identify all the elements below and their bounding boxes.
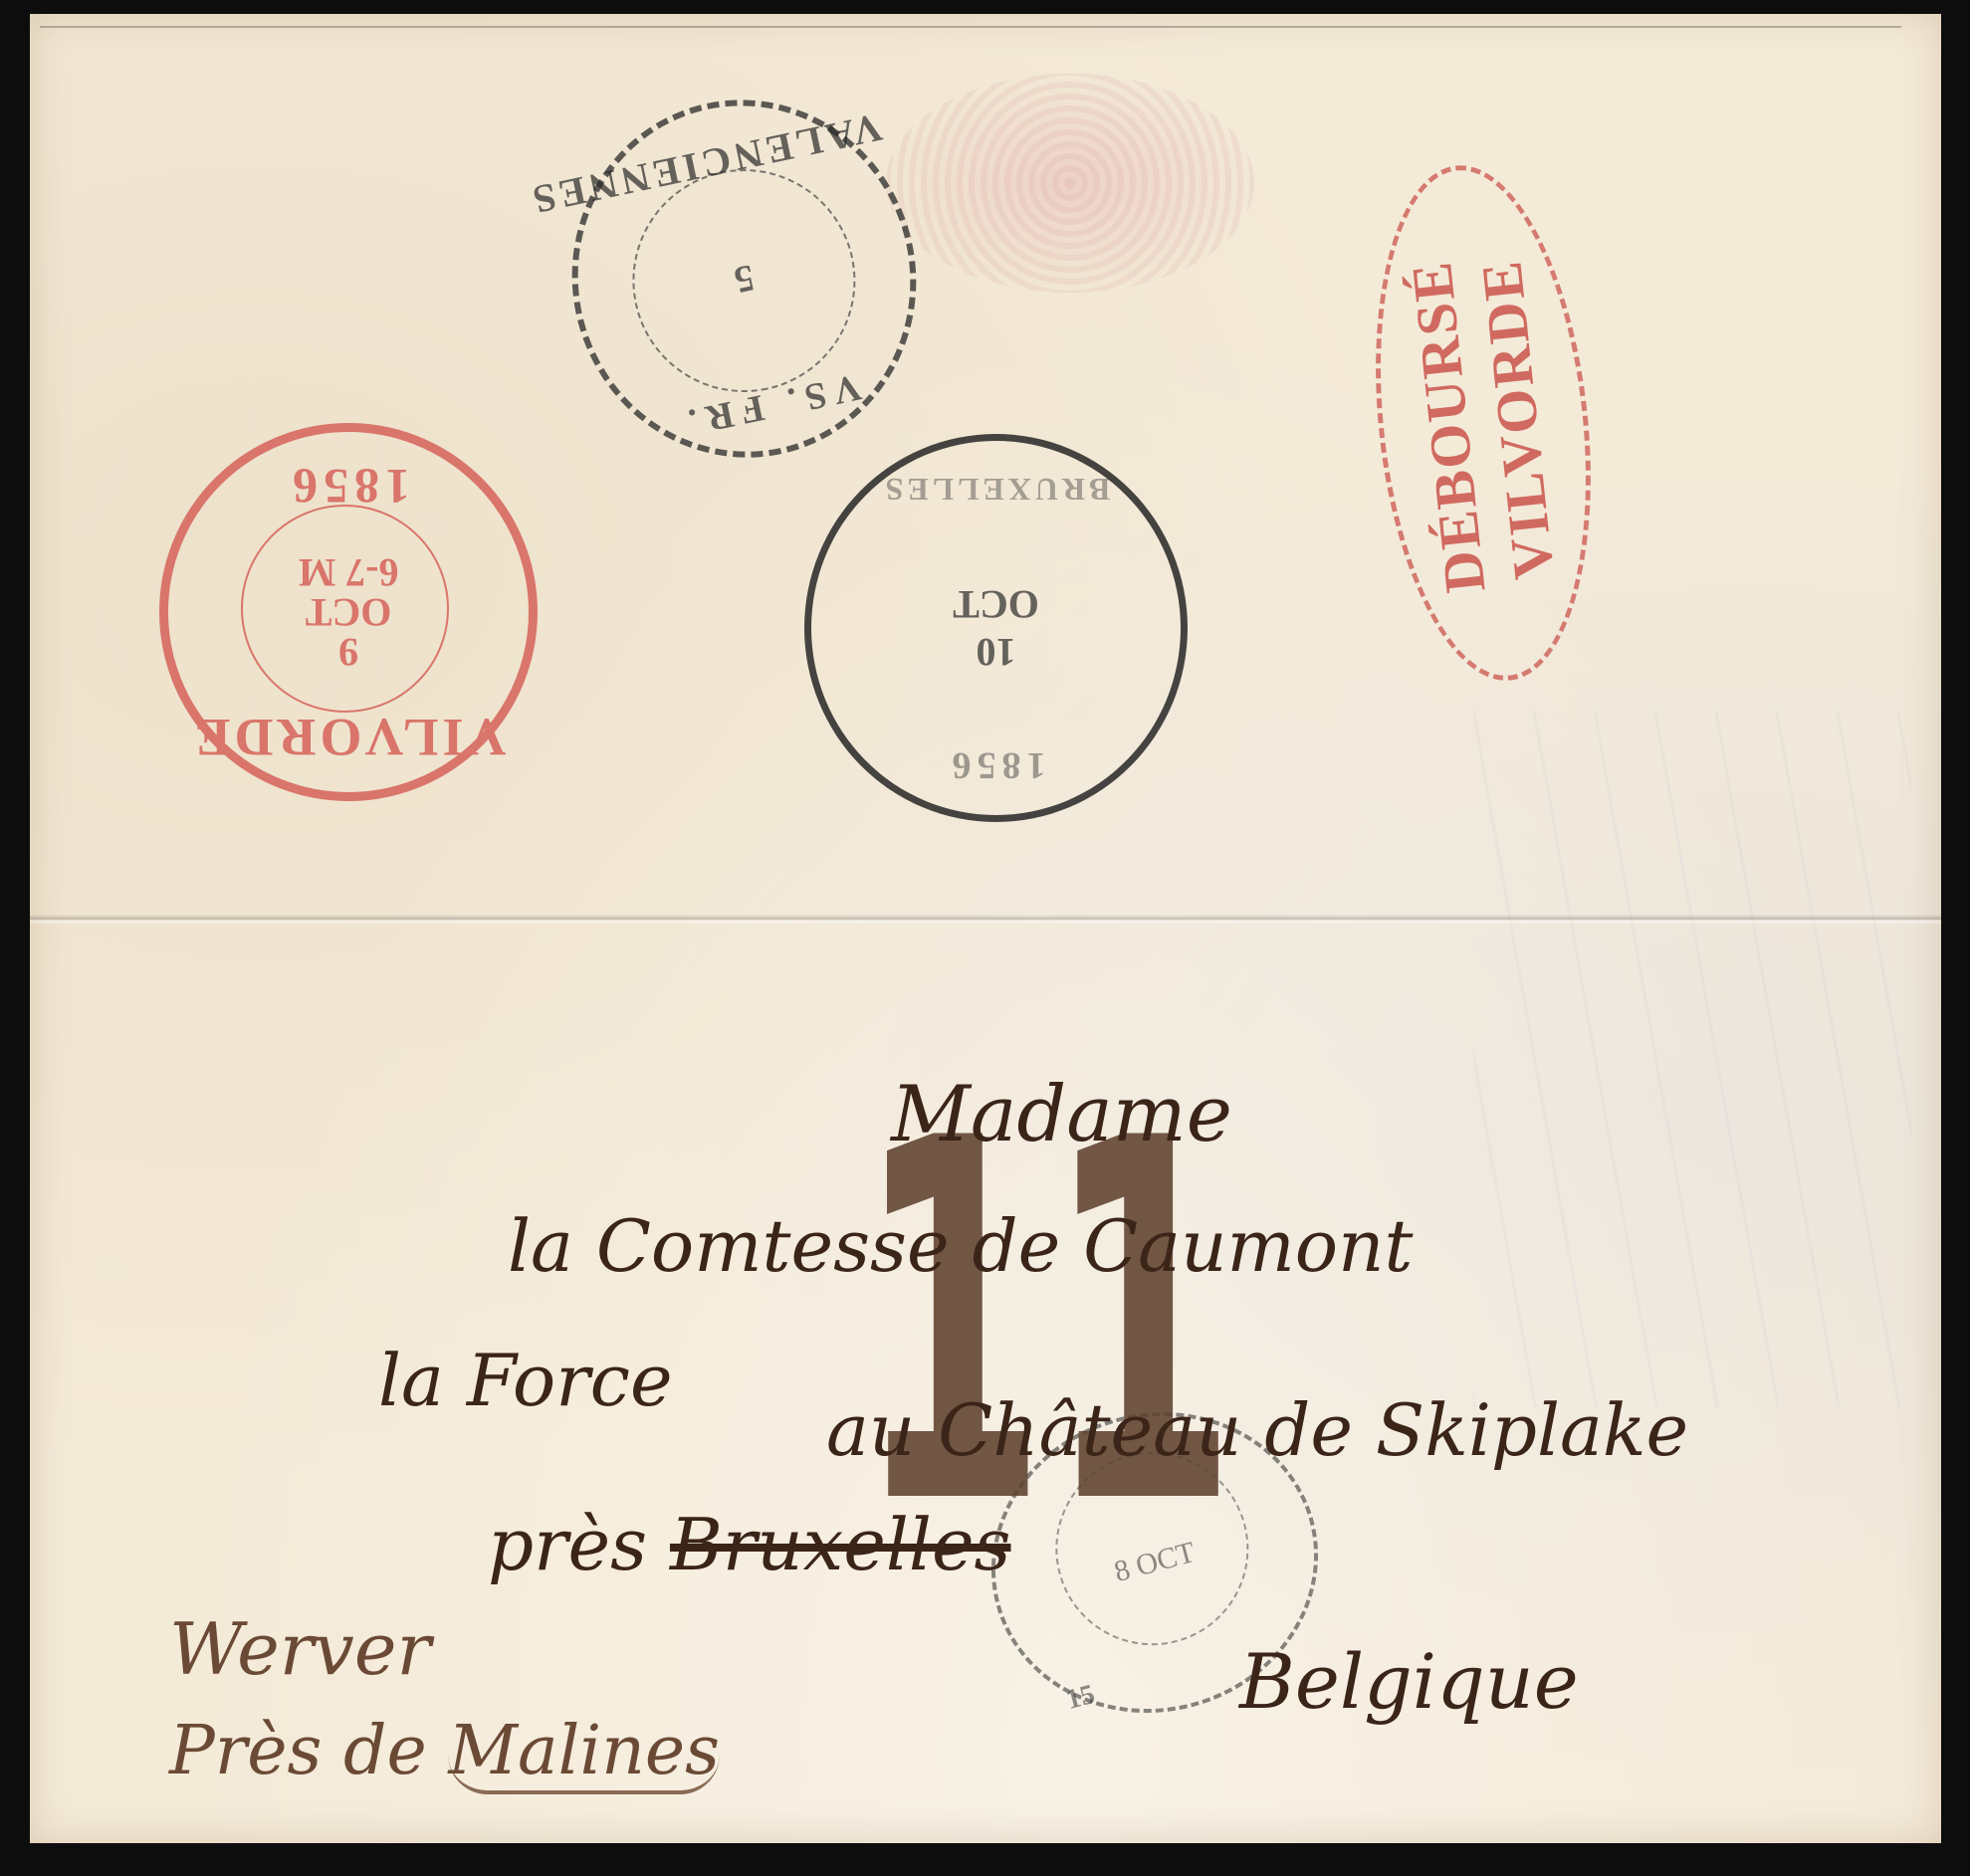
address-country: Belgique	[1239, 1637, 1579, 1726]
postmark-month: OCT	[306, 592, 392, 632]
postmark-town: BRUXELLES	[811, 471, 1181, 508]
address-salutation: Madame	[891, 1070, 1232, 1159]
address-addressee: la Comtesse de Caumont	[508, 1204, 1413, 1288]
postmark-year: 1856	[168, 458, 529, 516]
postmark-bruxelles-black: 1856 10 OCT BRUXELLES	[804, 434, 1188, 822]
address-line-3: la Force	[378, 1339, 673, 1422]
fold-crease	[30, 915, 1941, 925]
address-struck-city: Bruxelles	[670, 1503, 1011, 1586]
address-line-5: près Bruxelles	[488, 1503, 1011, 1586]
address-redirect-line: Près de Malines	[169, 1712, 720, 1790]
postmark-time: 6-7 M	[298, 552, 398, 592]
postmark-year: 1856	[811, 743, 1181, 787]
postmark-town: VILVORDE	[168, 707, 529, 768]
wax-seal-residue	[886, 74, 1254, 293]
address-chateau: au Château de Skiplake	[826, 1388, 1688, 1472]
postmark-month: OCT	[953, 580, 1039, 628]
address-redirect-city: Malines	[448, 1712, 720, 1794]
address-redirect-prefix: Près de	[169, 1712, 427, 1790]
address-redirect-town: Werver	[169, 1607, 431, 1691]
postmark-day: 10	[977, 628, 1016, 676]
address-near-prefix: près	[488, 1503, 647, 1586]
paper-edge-line	[40, 26, 1901, 28]
postmark-day: 9	[338, 632, 358, 672]
ink-bleed-through	[1473, 711, 1911, 1407]
postmark-vilvorde-red: VILVORDE 9 OCT 6-7 M 1856	[159, 423, 538, 801]
